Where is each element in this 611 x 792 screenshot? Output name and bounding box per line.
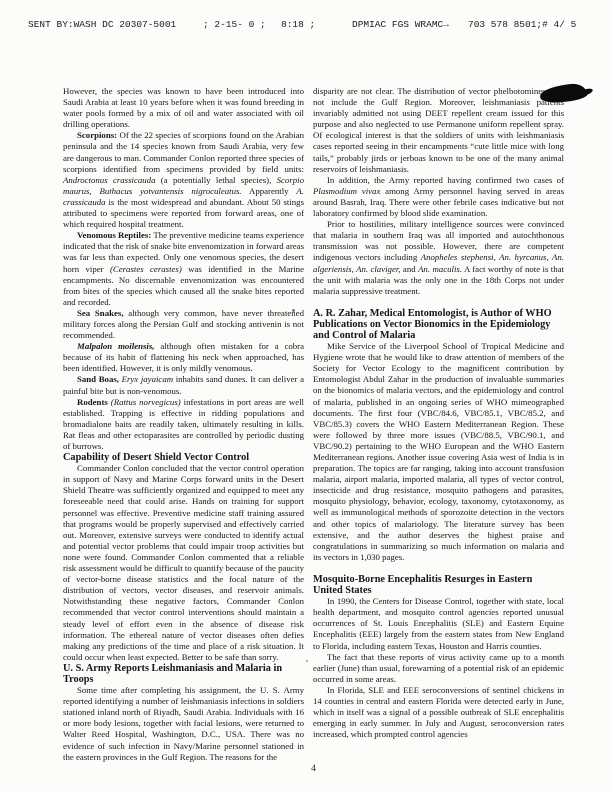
paragraph-capability: Commander Conlon concluded that the vect… [63,463,304,663]
paragraph-army-leishmaniasis: Some time after completing his assignmen… [63,685,304,763]
paragraph-sea-snakes: Sea Snakes, although very common, have n… [63,308,304,341]
document-page: SENT BY:WASH DC 20307-5001 ; 2-15- 0 ; 8… [0,0,611,792]
paragraph-who-publications: Mike Service of the Liverpool School of … [313,341,564,563]
section-heading-capability: Capability of Desert Shield Vector Contr… [63,452,304,463]
paragraph-florida-sle: In Florida, SLE and EEE seroconversions … [313,685,564,740]
left-column: However, the species was known to have b… [63,86,304,763]
fax-header: SENT BY:WASH DC 20307-5001 ; 2-15- 0 ; 8… [0,19,611,33]
fax-date: ; 2-15- 0 ; [203,19,266,30]
fax-sent-by: SENT BY:WASH DC 20307-5001 [28,19,176,30]
paragraph-cdc-1990: In 1990, the Centers for Disease Control… [313,596,564,651]
paragraph-sand-boas: Sand Boas, Eryx jayaicam inhabits sand d… [63,374,304,396]
paragraph-hostilities: Prior to hostilities, military intellige… [313,219,564,297]
fax-page-count: 703 578 8501;# 4/ 5 [468,19,576,30]
scan-noise-speck [292,309,295,312]
paragraph-species-intro: However, the species was known to have b… [63,86,304,130]
paragraph-rodents: Rodents (Rattus norvegicus) infestations… [63,397,304,452]
paragraph-scorpions: Scorpions: Of the 22 species of scorpion… [63,130,304,230]
section-heading-zahar: A. R. Zahar, Medical Entomologist, is Au… [313,308,564,341]
paragraph-virus-activity: The fact that these reports of virus act… [313,652,564,685]
section-heading-encephalitis: Mosquito-Borne Encephalitis Resurges in … [313,574,564,596]
page-footer: 4 [63,764,564,774]
page-number: 4 [311,764,316,774]
right-column: disparity are not clear. The distributio… [313,86,564,763]
fax-station: DPMIAC FGS WRAMC→ [352,19,449,30]
section-heading-army-reports: U. S. Army Reports Leishmaniasis and Mal… [63,663,304,685]
fax-time: 8:18 ; [281,19,315,30]
paragraph-malpalon: Malpalon moilensis, although often mista… [63,341,304,374]
article-body: However, the species was known to have b… [63,86,564,763]
scan-noise-speck [306,660,308,662]
paragraph-venomous-reptiles: Venomous Reptiles: The preventive medici… [63,230,304,308]
paragraph-plasmodium: In addition, the Army reported having co… [313,175,564,219]
paragraph-disparity: disparity are not clear. The distributio… [313,86,564,175]
